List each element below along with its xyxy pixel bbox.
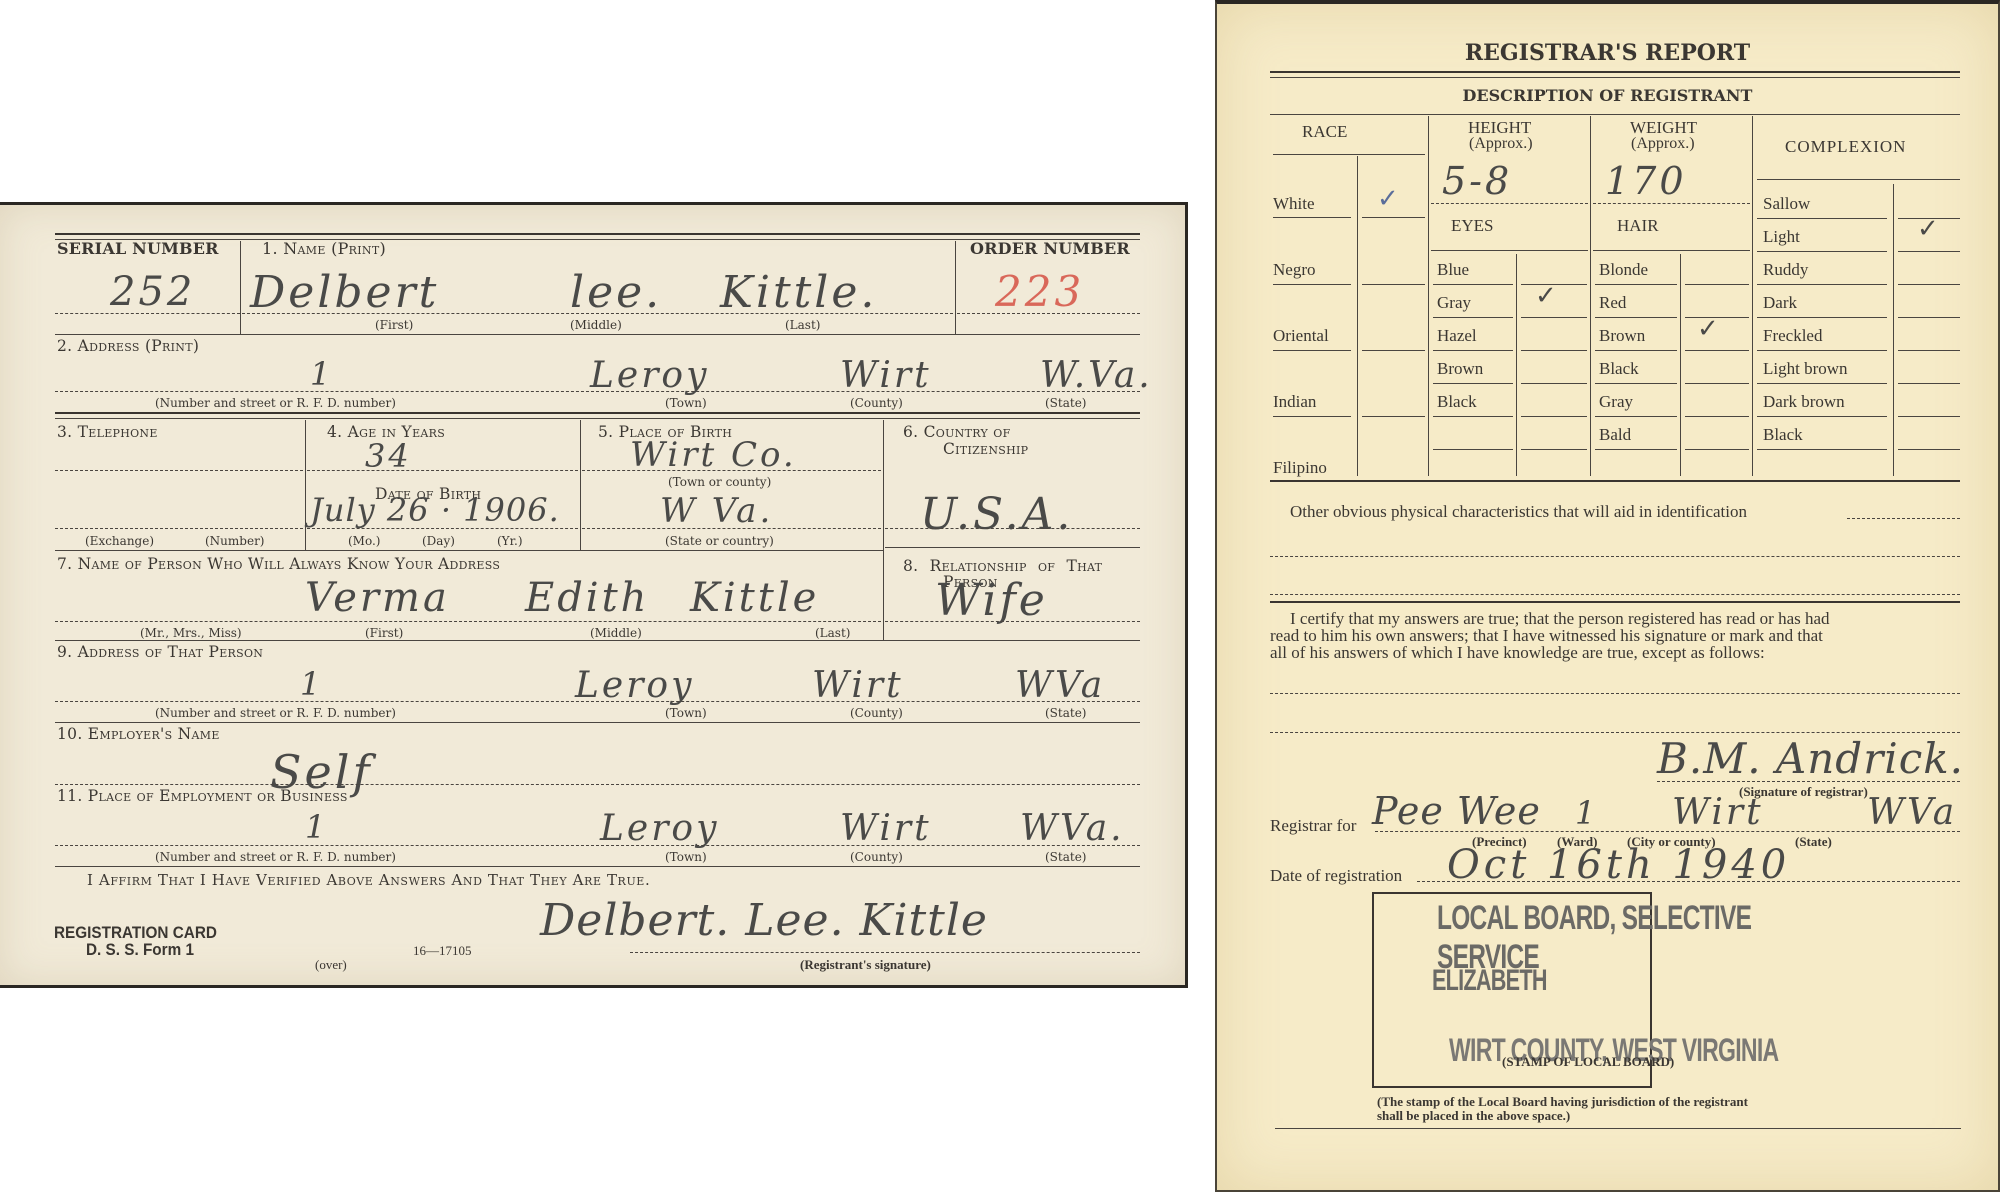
- stamp-note-line-2: shall be placed in the above space.): [1377, 1108, 1570, 1124]
- race-rule-1: [1273, 217, 1351, 218]
- age-baseline: [307, 470, 578, 471]
- registrar-signature-baseline: [1657, 781, 1960, 782]
- hair-option-red[interactable]: Red: [1599, 293, 1626, 313]
- registrant-signature: Delbert. Lee. Kittle: [540, 895, 988, 946]
- hair-option-black[interactable]: Black: [1599, 359, 1639, 379]
- eyes-check-rule-5: [1521, 416, 1587, 417]
- eyes-check-rule-3: [1521, 350, 1587, 351]
- row1-rule: [55, 334, 1140, 335]
- address-town-value: Leroy: [590, 355, 709, 396]
- eyes-check-rule-4: [1521, 383, 1587, 384]
- employment-county-caption: (County): [850, 850, 903, 864]
- complexion-rule-7: [1757, 416, 1887, 417]
- eyes-option-black[interactable]: Black: [1437, 392, 1477, 412]
- telephone-divider: [305, 420, 306, 550]
- address-state-caption: (State): [1045, 396, 1086, 410]
- race-check-rule-3: [1362, 350, 1425, 351]
- hair-check-rule-1: [1685, 284, 1749, 285]
- complexion-header-rule: [1757, 179, 1960, 180]
- table-bottom-rule: [1270, 480, 1960, 482]
- race-option-negro[interactable]: Negro: [1273, 260, 1315, 280]
- eyes-check-rule-6: [1521, 449, 1587, 450]
- stamp-line-2: ELIZABETH: [1432, 964, 1547, 998]
- relationship-label-1: 8. Relationship of That: [903, 557, 1102, 575]
- employment-county-value: Wirt: [840, 808, 932, 849]
- hair-rule-2: [1595, 317, 1677, 318]
- report-title: REGISTRAR'S REPORT: [1217, 40, 1998, 66]
- contact-address-town-caption: (Town): [665, 706, 707, 720]
- name-first-value: Delbert: [250, 267, 439, 318]
- name-label: 1. Name (Print): [262, 239, 386, 258]
- race-header-rule: [1273, 154, 1425, 155]
- relationship-value: Wife: [935, 575, 1048, 626]
- eyes-rule-3: [1433, 350, 1513, 351]
- contact-first-value: Verma: [305, 575, 450, 621]
- row11-rule: [55, 866, 1140, 867]
- dob-value: July 26 · 1906.: [310, 491, 560, 529]
- complexion-check-rule-1: [1898, 218, 1960, 219]
- hair-check-rule-4: [1685, 383, 1749, 384]
- other-characteristics-label: Other obvious physical characteristics t…: [1290, 502, 1747, 522]
- other-characteristics-line-1[interactable]: [1270, 556, 1960, 557]
- complexion-check-rule-2: [1898, 251, 1960, 252]
- registrar-signature: B.M. Andrick.: [1657, 734, 1964, 783]
- employment-state-value: WVa.: [1020, 808, 1125, 849]
- telephone-line-1: [55, 470, 303, 471]
- complexion-check-rule-8: [1898, 449, 1960, 450]
- eyes-option-blue[interactable]: Blue: [1437, 260, 1469, 280]
- complexion-rule-6: [1757, 383, 1887, 384]
- citizenship-label-1: 6. Country of: [903, 423, 1011, 441]
- row9-rule: [55, 722, 1140, 723]
- row7-rule: [55, 640, 1140, 641]
- employment-street-caption: (Number and street or R. F. D. number): [155, 850, 396, 864]
- pob-town-baseline: [582, 470, 881, 471]
- contact-address-street-caption: (Number and street or R. F. D. number): [155, 706, 396, 720]
- name-last-value: Kittle.: [720, 267, 877, 318]
- row3-rule-right: [885, 547, 1140, 548]
- race-check-divider: [1357, 156, 1358, 476]
- complexion-rule-3: [1757, 284, 1887, 285]
- telephone-line-2: [55, 528, 303, 529]
- pob-divider: [883, 420, 884, 640]
- registrars-report-back: REGISTRAR'S REPORT DESCRIPTION OF REGIST…: [1215, 0, 2000, 1192]
- employment-town-caption: (Town): [665, 850, 707, 864]
- address-county-value: Wirt: [840, 355, 932, 396]
- order-baseline: [957, 313, 1140, 314]
- state-caption: (State): [1795, 834, 1832, 850]
- complexion-rule-5: [1757, 350, 1887, 351]
- hair-check-rule-5: [1685, 416, 1749, 417]
- eyes-option-brown[interactable]: Brown: [1437, 359, 1483, 379]
- employment-town-value: Leroy: [600, 808, 719, 849]
- hair-check-rule-6: [1685, 449, 1749, 450]
- weight-approx: (Approx.): [1631, 135, 1695, 153]
- height-baseline: [1431, 203, 1588, 204]
- complexion-option-ruddy[interactable]: Ruddy: [1763, 260, 1808, 280]
- complexion-check-rule-6: [1898, 383, 1960, 384]
- city-county-value: Wirt: [1672, 792, 1764, 833]
- eyes-rule-5: [1433, 416, 1513, 417]
- hair-option-bald[interactable]: Bald: [1599, 425, 1631, 445]
- address-street-value: 1: [310, 355, 333, 393]
- employment-place-label: 11. Place of Employment or Business: [57, 787, 348, 805]
- complexion-check-rule-4: [1898, 317, 1960, 318]
- contact-address-town-value: Leroy: [575, 665, 694, 706]
- serial-divider: [240, 241, 241, 334]
- contact-address-state-value: WVa: [1015, 665, 1105, 706]
- serial-number-label: SERIAL NUMBER: [57, 239, 219, 258]
- precinct-value: Pee Wee: [1372, 789, 1541, 833]
- print-code: 16—17105: [413, 943, 472, 959]
- complexion-rule-1: [1757, 218, 1887, 219]
- contact-address-street-value: 1: [300, 665, 323, 703]
- employment-street-value: 1: [305, 808, 328, 846]
- dob-month-caption: (Mo.): [348, 534, 380, 548]
- hair-check-divider: [1680, 254, 1681, 476]
- serial-number-value: 252: [110, 269, 195, 315]
- other-bottom-rule: [1270, 601, 1960, 603]
- signature-baseline: [630, 952, 1140, 953]
- hair-rule-5: [1595, 416, 1677, 417]
- height-approx: (Approx.): [1469, 135, 1533, 153]
- eyes-rule-6: [1433, 449, 1513, 450]
- title-rule: [1270, 71, 1960, 73]
- affirmation-text: I Affirm That I Have Verified Above Answ…: [87, 871, 650, 889]
- other-line-0: [1847, 518, 1960, 519]
- registrar-for-label: Registrar for: [1270, 816, 1356, 836]
- eyes-rule-1: [1433, 284, 1513, 285]
- complexion-header: COMPLEXION: [1785, 137, 1906, 157]
- address-town-caption: (Town): [665, 396, 707, 410]
- name-middle-caption: (Middle): [570, 318, 622, 332]
- eyes-rule-4: [1433, 383, 1513, 384]
- height-value: 5-8: [1442, 159, 1512, 203]
- weight-baseline: [1593, 203, 1750, 204]
- telephone-label: 3. Telephone: [57, 423, 158, 441]
- name-last-caption: (Last): [785, 318, 820, 332]
- hair-header-rule: [1593, 250, 1750, 251]
- telephone-exchange-caption: (Exchange): [85, 534, 154, 548]
- pob-town-caption: (Town or county): [668, 475, 771, 489]
- signature-caption: (Registrant's signature): [800, 957, 931, 973]
- weight-value: 170: [1605, 159, 1687, 203]
- employment-state-caption: (State): [1045, 850, 1086, 864]
- name-baseline: [242, 313, 953, 314]
- complexion-option-sallow[interactable]: Sallow: [1763, 194, 1810, 214]
- state-value: WVa: [1867, 792, 1957, 833]
- employer-label: 10. Employer's Name: [57, 725, 220, 743]
- contact-address-state-caption: (State): [1045, 706, 1086, 720]
- race-option-indian[interactable]: Indian: [1273, 392, 1316, 412]
- address-county-caption: (County): [850, 396, 903, 410]
- hair-option-brown[interactable]: Brown: [1599, 326, 1645, 346]
- registrar-for-baseline: [1375, 831, 1960, 832]
- eyes-check-rule-1: [1521, 284, 1587, 285]
- bottom-rule: [1275, 1128, 1961, 1129]
- address-state-value: W.Va.: [1040, 355, 1153, 396]
- row2-rule: [55, 412, 1140, 414]
- registration-card-front: SERIAL NUMBER 1. Name (Print) ORDER NUMB…: [0, 202, 1188, 988]
- contact-title-caption: (Mr., Mrs., Miss): [140, 626, 242, 640]
- pob-town-value: Wirt Co.: [630, 435, 797, 475]
- name-first-caption: (First): [375, 318, 413, 332]
- eyes-option-hazel[interactable]: Hazel: [1437, 326, 1477, 346]
- complexion-check-rule-3: [1898, 284, 1960, 285]
- hair-rule-3: [1595, 350, 1677, 351]
- address-label: 2. Address (Print): [57, 337, 199, 355]
- employment-baseline: [55, 845, 1140, 846]
- over-note: (over): [315, 957, 347, 973]
- pob-state-baseline: [582, 528, 881, 529]
- contact-person-label: 7. Name of Person Who Will Always Know Y…: [57, 555, 500, 573]
- order-divider: [955, 241, 956, 334]
- eyes-header: EYES: [1451, 216, 1494, 236]
- contact-address-label: 9. Address of That Person: [57, 643, 263, 661]
- hair-option-gray[interactable]: Gray: [1599, 392, 1633, 412]
- race-option-filipino[interactable]: Filipino: [1273, 458, 1327, 478]
- relationship-baseline: [885, 621, 1140, 622]
- dob-baseline: [307, 528, 578, 529]
- dob-day-caption: (Day): [422, 534, 455, 548]
- complexion-option-light[interactable]: Light: [1763, 227, 1800, 247]
- race-option-white[interactable]: White: [1273, 194, 1315, 214]
- employer-baseline: [55, 784, 1140, 785]
- hair-rule-1: [1595, 284, 1677, 285]
- eyes-check-rule-2: [1521, 317, 1587, 318]
- table-top-rule: [1270, 114, 1960, 115]
- complexion-rule-8: [1757, 449, 1887, 450]
- hair-check-rule-3: [1685, 350, 1749, 351]
- dob-year-caption: (Yr.): [497, 534, 523, 548]
- race-check-rule-1: [1362, 217, 1425, 218]
- complexion-divider: [1752, 116, 1753, 476]
- date-baseline: [1417, 881, 1960, 882]
- complexion-option-dark-brown[interactable]: Dark brown: [1763, 392, 1845, 412]
- complexion-check-rule-7: [1898, 416, 1960, 417]
- contact-address-county-value: Wirt: [812, 665, 904, 706]
- complexion-option-dark[interactable]: Dark: [1763, 293, 1797, 313]
- title-rule-inner: [1270, 77, 1960, 78]
- serial-baseline: [55, 313, 240, 314]
- row2-rule-inner: [55, 418, 1140, 419]
- hair-rule-6: [1595, 449, 1677, 450]
- eyes-header-rule: [1431, 250, 1588, 251]
- contact-middle-caption: (Middle): [590, 626, 642, 640]
- race-rule-3: [1273, 350, 1351, 351]
- eyes-gray-checkmark-icon[interactable]: ✓: [1535, 281, 1557, 311]
- pob-state-caption: (State or country): [665, 534, 774, 548]
- contact-first-caption: (First): [365, 626, 403, 640]
- exceptions-line-2[interactable]: [1270, 732, 1960, 733]
- address-street-caption: (Number and street or R. F. D. number): [155, 396, 396, 410]
- citizenship-baseline: [885, 528, 1140, 529]
- eyes-option-gray[interactable]: Gray: [1437, 293, 1471, 313]
- telephone-number-caption: (Number): [205, 534, 265, 548]
- eyes-check-divider: [1516, 254, 1517, 476]
- race-header: RACE: [1302, 122, 1347, 142]
- age-divider: [580, 420, 581, 550]
- contact-last-caption: (Last): [815, 626, 850, 640]
- complexion-option-freckled[interactable]: Freckled: [1763, 326, 1822, 346]
- contact-last-value: Kittle: [690, 575, 819, 621]
- height-divider: [1428, 116, 1429, 476]
- citizenship-value: U.S.A.: [920, 489, 1073, 540]
- hair-rule-4: [1595, 383, 1677, 384]
- name-middle-value: lee.: [570, 267, 662, 318]
- row3-rule-left: [55, 550, 883, 551]
- race-check-rule-2: [1362, 284, 1425, 285]
- contact-baseline: [55, 621, 881, 622]
- address-baseline: [55, 391, 1140, 392]
- complexion-option-light-brown[interactable]: Light brown: [1763, 359, 1848, 379]
- date-of-registration-label: Date of registration: [1270, 866, 1402, 886]
- weight-divider: [1590, 116, 1591, 476]
- race-check-rule-4: [1362, 416, 1425, 417]
- ward-value: 1: [1575, 794, 1598, 832]
- other-characteristics-line-2[interactable]: [1270, 594, 1960, 595]
- complexion-rule-2: [1757, 251, 1887, 252]
- description-subtitle: DESCRIPTION OF REGISTRANT: [1217, 86, 1998, 105]
- contact-middle-value: Edith: [525, 575, 649, 621]
- citizenship-label-2: Citizenship: [943, 440, 1028, 458]
- race-option-oriental[interactable]: Oriental: [1273, 326, 1329, 346]
- order-number-label: ORDER NUMBER: [970, 239, 1130, 258]
- complexion-check-divider: [1893, 184, 1894, 476]
- race-rule-4: [1273, 416, 1351, 417]
- pob-state-value: W Va.: [660, 491, 773, 531]
- hair-option-blonde[interactable]: Blonde: [1599, 260, 1648, 280]
- race-white-checkmark-icon[interactable]: ✓: [1377, 184, 1399, 214]
- form-id: D. S. S. Form 1: [86, 940, 194, 960]
- certify-text-line-3: all of his answers of which I have knowl…: [1270, 643, 1765, 663]
- hair-check-rule-2: [1685, 317, 1749, 318]
- complexion-check-rule-5: [1898, 350, 1960, 351]
- complexion-option-black[interactable]: Black: [1763, 425, 1803, 445]
- race-rule-2: [1273, 284, 1351, 285]
- hair-header: HAIR: [1617, 216, 1659, 236]
- contact-address-baseline: [55, 701, 1140, 702]
- top-rule: [55, 233, 1140, 235]
- exceptions-line-1[interactable]: [1270, 693, 1960, 694]
- order-number-value: 223: [995, 267, 1084, 316]
- complexion-rule-4: [1757, 317, 1887, 318]
- contact-address-county-caption: (County): [850, 706, 903, 720]
- stamp-caption: (STAMP OF LOCAL BOARD): [1502, 1054, 1674, 1070]
- eyes-rule-2: [1433, 317, 1513, 318]
- hair-brown-checkmark-icon[interactable]: ✓: [1697, 314, 1719, 344]
